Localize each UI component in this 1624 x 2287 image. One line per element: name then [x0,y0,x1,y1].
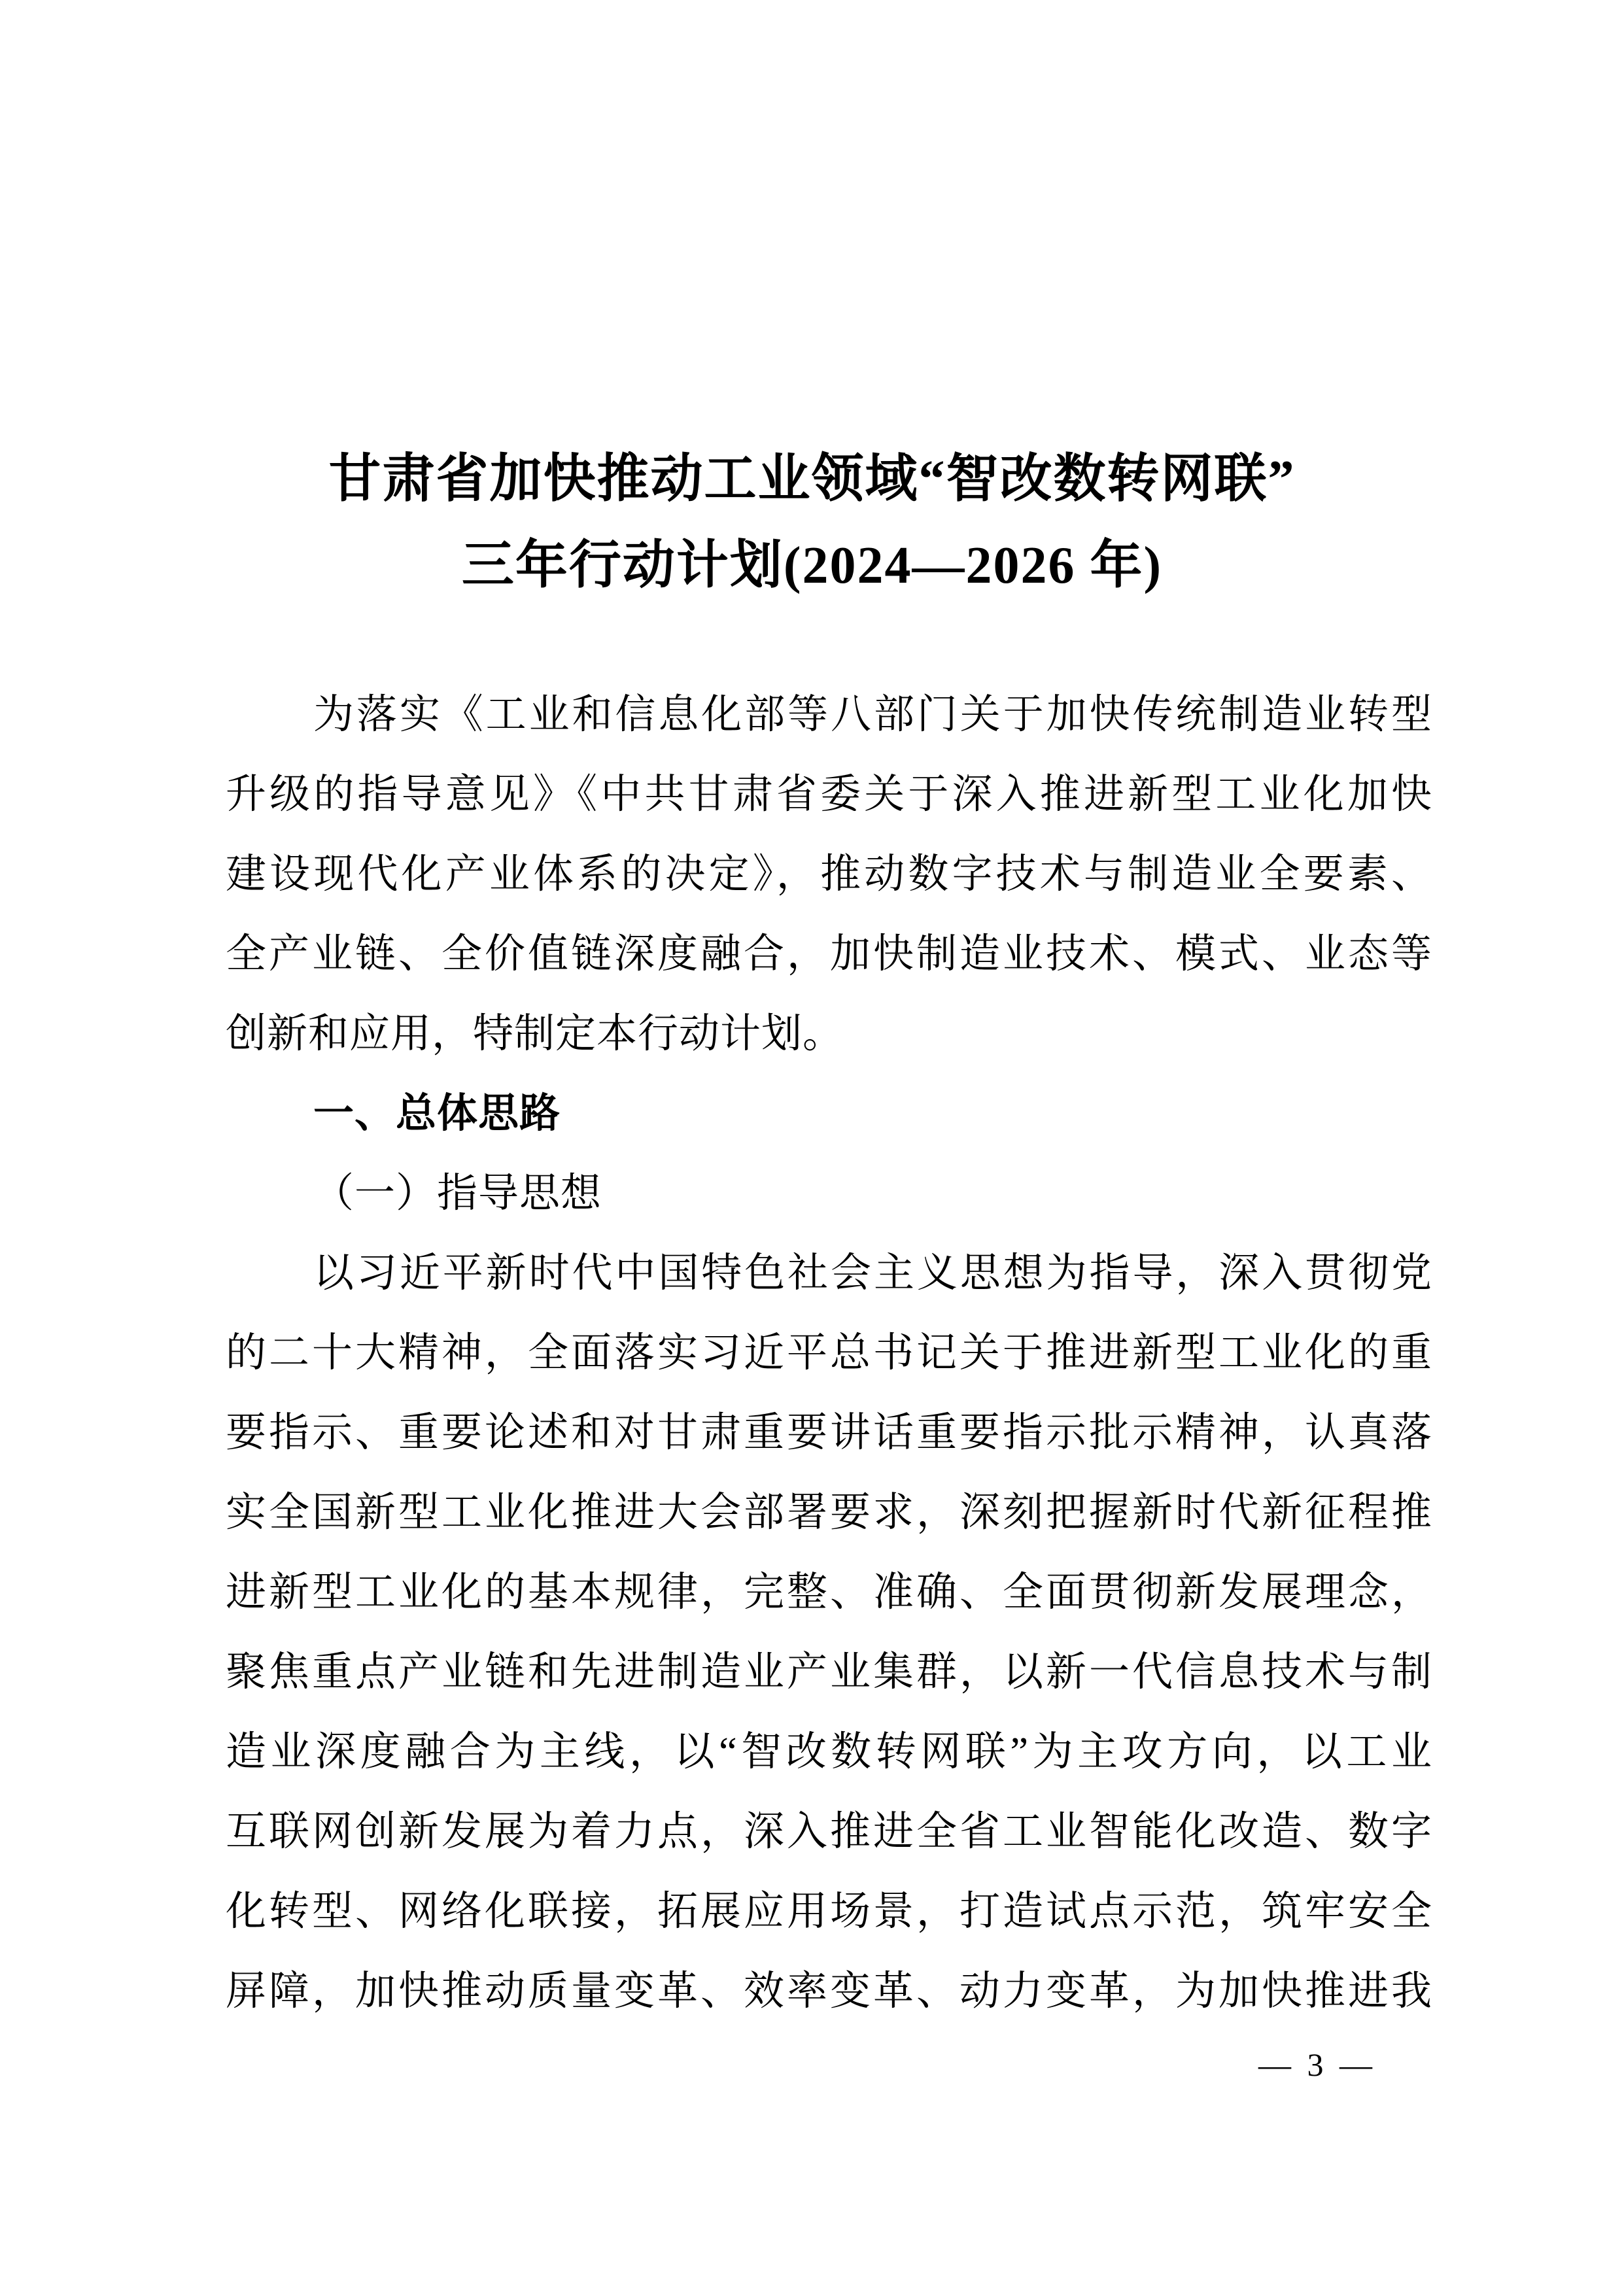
document-body: 为落实《工业和信息化部等八部门关于加快传统制造业转型升级的指导意见》《中共甘肃省… [226,675,1432,2031]
page-number: — 3 — [1258,2047,1376,2082]
body-line: 造业深度融合为主线，以“智改数转网联”为主攻方向，以工业 [226,1712,1432,1792]
subsection-heading: （一）指导思想 [226,1154,1432,1233]
document-page: 甘肃省加快推动工业领域“智改数转网联” 三年行动计划(2024—2026 年) … [0,0,1624,2287]
body-line: 为落实《工业和信息化部等八部门关于加快传统制造业转型 [226,675,1432,755]
body-line: 屏障，加快推动质量变革、效率变革、动力变革，为加快推进我 [226,1952,1432,2031]
body-line: 的二十大精神，全面落实习近平总书记关于推进新型工业化的重 [226,1313,1432,1393]
document-title: 甘肃省加快推动工业领域“智改数转网联” 三年行动计划(2024—2026 年) [0,436,1624,609]
body-line: 化转型、网络化联接，拓展应用场景，打造试点示范，筑牢安全 [226,1872,1432,1952]
body-line: 以习近平新时代中国特色社会主义思想为指导，深入贯彻党 [226,1233,1432,1313]
body-line: 建设现代化产业体系的决定》，推动数字技术与制造业全要素、 [226,834,1432,914]
body-line: 聚焦重点产业链和先进制造业产业集群，以新一代信息技术与制 [226,1632,1432,1712]
document-title-line1: 甘肃省加快推动工业领域“智改数转网联” [0,436,1624,523]
section-heading: 一、总体思路 [226,1074,1432,1154]
body-line: 要指示、重要论述和对甘肃重要讲话重要指示批示精神，认真落 [226,1393,1432,1473]
body-line: 互联网创新发展为着力点，深入推进全省工业智能化改造、数字 [226,1792,1432,1872]
body-line: 创新和应用，特制定本行动计划。 [226,994,1432,1074]
body-line: 升级的指导意见》《中共甘肃省委关于深入推进新型工业化加快 [226,755,1432,834]
body-line: 实全国新型工业化推进大会部署要求，深刻把握新时代新征程推 [226,1473,1432,1553]
body-line: 全产业链、全价值链深度融合，加快制造业技术、模式、业态等 [226,914,1432,994]
document-title-line2: 三年行动计划(2024—2026 年) [0,523,1624,609]
body-line: 进新型工业化的基本规律，完整、准确、全面贯彻新发展理念， [226,1553,1432,1632]
